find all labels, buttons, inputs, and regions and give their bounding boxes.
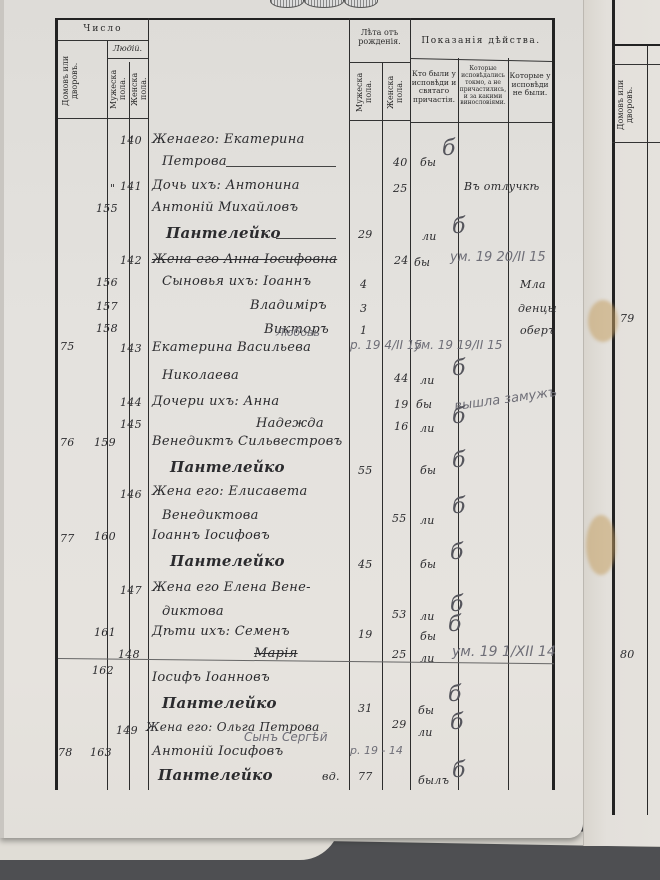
married-note-pencil: вышла замужъ: [453, 385, 558, 414]
confession-b-mark: б: [452, 758, 465, 783]
age-male: 19: [358, 628, 373, 641]
right-header-households: Домовъ или дворовъ.: [617, 70, 643, 140]
absent-note: денцы: [518, 302, 557, 315]
male-number: ": [110, 182, 115, 195]
header-confessed: Кто были у исповѣди и святаго причастія.: [411, 70, 457, 105]
right-page-fragment: Домовъ или дворовъ. 79 80: [583, 0, 660, 846]
confessed-mark: бы: [420, 558, 436, 571]
male-number: 158: [96, 322, 118, 335]
age-male: 3: [360, 302, 367, 315]
surname: Пантелейко: [170, 458, 285, 476]
header-households: Домовъ или дворовъ.: [62, 48, 102, 114]
house-number: 78: [58, 746, 73, 759]
header-age-female: Женска пола.: [387, 66, 405, 118]
age-female: 40: [393, 156, 408, 169]
age-female: 24: [394, 254, 409, 267]
age-male: 31: [358, 702, 373, 715]
header-confessed-only: Которые исповѣдались токмо, а не причаст…: [459, 66, 507, 107]
confessed-mark: бы: [414, 256, 430, 269]
female-number: 141: [120, 180, 142, 193]
male-number: 163: [90, 746, 112, 759]
entry-name: Жена его: Елисавета: [152, 484, 308, 499]
entry-name: Венедиктова: [162, 508, 259, 523]
entry-name-struck: Жена его Анна Іосифовна: [152, 252, 337, 267]
entry-name: Жена его Елена Вене-: [152, 580, 311, 595]
female-number: 145: [120, 418, 142, 431]
male-number: 157: [96, 300, 118, 313]
confessed-mark: бы: [418, 704, 434, 717]
register-table: Число Домовъ или дворовъ. Людій. Мужеска…: [58, 18, 554, 790]
confessed-mark: бы: [420, 156, 436, 169]
age-female: 25: [393, 182, 408, 195]
absent-note: оберъ: [520, 324, 556, 337]
confession-b-mark: б: [442, 136, 455, 161]
pencil-child-name: Сынъ Сергѣй: [244, 730, 328, 744]
pencil-child-name: Любовь: [276, 326, 320, 339]
entry-name: Дочь ихъ: Антонина: [152, 178, 300, 193]
house-number: 77: [60, 532, 75, 545]
confessed-mark: ли: [420, 610, 435, 623]
entry-name: Венедиктъ Сильвестровъ: [152, 434, 343, 449]
age-female: 19: [394, 398, 409, 411]
female-number: 147: [120, 584, 142, 597]
age-female: 16: [394, 420, 409, 433]
entry-name: Владиміръ: [250, 298, 327, 313]
age-female: 25: [392, 648, 407, 661]
female-number: 144: [120, 396, 142, 409]
confessed-mark: ли: [420, 374, 435, 387]
confession-b-mark: б: [452, 214, 465, 239]
confession-b-mark: б: [452, 404, 465, 429]
table-left-rule: [55, 18, 58, 790]
confession-b-mark: б: [450, 540, 463, 565]
confession-b-mark: б: [448, 682, 461, 707]
absence-note: Въ отлучкѣ: [464, 180, 539, 193]
confessed-mark: ли: [418, 726, 433, 739]
confessed-mark: ли: [420, 422, 435, 435]
header-number: Число: [58, 24, 148, 34]
male-number: 156: [96, 276, 118, 289]
female-number: 143: [120, 342, 142, 355]
male-number: 161: [94, 626, 116, 639]
entry-name: Петрова: [162, 154, 227, 169]
confessed-mark: бы: [420, 630, 436, 643]
confession-b-mark: б: [452, 448, 465, 473]
age-male: 55: [358, 464, 373, 477]
surname: Пантелейко: [162, 694, 277, 712]
age-male: 29: [358, 228, 373, 241]
male-number: 155: [96, 202, 118, 215]
widower-mark: вд.: [322, 770, 340, 783]
age-female: 55: [392, 512, 407, 525]
male-number: 159: [94, 436, 116, 449]
entry-name: Николаева: [162, 368, 239, 383]
male-number: 160: [94, 530, 116, 543]
house-number: 75: [60, 340, 75, 353]
confessed-mark: бы: [420, 464, 436, 477]
entry-name: Екатерина Васильева: [152, 340, 311, 355]
age-male: 77: [358, 770, 373, 783]
confession-b-mark: б: [452, 494, 465, 519]
age-female: 29: [392, 718, 407, 731]
entry-name: Іосифъ Іоанновъ: [152, 670, 270, 685]
header-persons: Людій.: [107, 44, 148, 53]
entry-name: Дѣти ихъ: Семенъ: [152, 624, 290, 639]
confession-b-mark: б: [450, 710, 463, 735]
confessed-mark: бы: [416, 398, 432, 411]
age-female: 53: [392, 608, 407, 621]
header-male: Мужеска пола.: [110, 62, 126, 116]
age-male: 45: [358, 558, 373, 571]
header-age-male: Мужеска пола.: [356, 66, 374, 118]
entry-name: Женаего: Екатерина: [152, 132, 305, 147]
page-gutter: [0, 0, 4, 838]
absent-note: Мла: [520, 278, 546, 291]
death-note-pencil: ум. 19 20/II 15: [450, 250, 546, 265]
female-number: 149: [116, 724, 138, 737]
house-number: 79: [620, 312, 635, 325]
age-female: 44: [394, 372, 409, 385]
house-number: 80: [620, 648, 635, 661]
confession-b-mark: б: [452, 356, 465, 381]
entry-name: Сыновья ихъ: Іоаннъ: [162, 274, 311, 289]
confessed-mark: ли: [422, 230, 437, 243]
table-right-rule: [552, 18, 555, 790]
header-actions: Показанія дѣйства.: [410, 36, 552, 46]
crest-ornament-icon: [270, 0, 380, 12]
pencil-birth-note: р. 19 - 14: [350, 744, 403, 757]
death-note-pencil: ум. 19 1/XII 14: [452, 644, 556, 660]
surname: Пантелейко: [158, 766, 273, 784]
entry-name: Антоній Михайловъ: [152, 200, 298, 215]
house-number: 76: [60, 436, 75, 449]
surname: Пантелейко: [170, 552, 285, 570]
entry-name: диктова: [162, 604, 224, 619]
header-not-confessed: Которые у исповѣди не были.: [509, 72, 551, 98]
entry-name: Дочери ихъ: Анна: [152, 394, 279, 409]
male-number: 162: [92, 664, 114, 677]
table-top-rule: [58, 18, 554, 20]
surname: Пантелейко: [166, 224, 281, 242]
entry-name: Надежда: [256, 416, 324, 431]
female-number: 146: [120, 488, 142, 501]
pencil-birth-note: р. 19 4/II 15: [350, 338, 422, 352]
entry-name: Іоаннъ Іосифовъ: [152, 528, 270, 543]
register-page: Число Домовъ или дворовъ. Людій. Мужеска…: [0, 0, 583, 838]
header-age: Лѣта отъ рожденія.: [349, 28, 410, 46]
confessed-mark: былъ: [418, 774, 449, 787]
water-stain: [586, 515, 616, 575]
age-male: 4: [360, 278, 367, 291]
entry-name: Антоній Іосифовъ: [152, 744, 283, 759]
confession-b-mark: б: [448, 612, 461, 637]
female-number: 142: [120, 254, 142, 267]
water-stain: [588, 300, 618, 342]
age-male: 1: [360, 324, 367, 337]
header-female: Женска пола.: [131, 62, 147, 116]
confessed-mark: ли: [420, 652, 435, 665]
confessed-mark: ли: [420, 514, 435, 527]
death-note-pencil: ум. 19 19/II 15: [414, 338, 502, 352]
female-number: 140: [120, 134, 142, 147]
entry-name-struck: Марія: [254, 646, 298, 661]
